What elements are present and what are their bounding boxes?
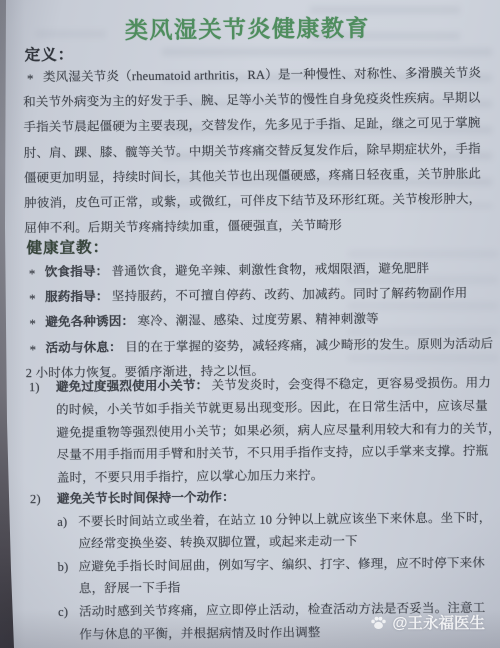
line-text: 普通饮食，避免辛辣、刺激性食物，戒烟限酒，避免肥胖 [112,261,430,278]
line-text: 肿彼消，皮色可正常，或紫，或微红，可伴皮下结节及环形红斑。关节梭形肿大， [24,192,481,210]
line-text: 应避免手指长时间屈曲，例如写字、编织、打字、修理，应不时停下来休 [79,556,486,574]
line-label: 避免关节长时间保持一个动作： [57,490,235,506]
line-marker: * [27,66,34,91]
line-text: 肘、肩、踝、膝、髋等关节。中期关节疼痛交替反复发作后，除早期症状外，手指 [24,141,481,159]
line-text: 避免提重物等强烈使用小关节；如果必须，病人应尽量利用较大和有力的关节， [56,421,500,439]
education-heading: 健康宣教： [26,235,109,258]
line-marker: 1) [29,376,40,399]
line-text: 僵硬更加明显，持续时间长，其他关节也出现僵硬感，疼痛日轻夜重，关节肿胀此 [24,167,481,185]
line-text: 应经常变换坐姿、转换双脚位置，或起来走动一下 [78,534,358,551]
line-label: 避免各种诱因： [45,315,134,330]
line-text: 坚持服药，不可擅自停药、改药、加减药。同时了解药物副作用 [112,286,468,303]
bullet-star-marker: * [29,337,36,362]
line-text: 作与休息的平衡，并根据病情及时作出调整 [79,625,320,641]
line-label: 活动与休息： [45,340,121,355]
line-marker: c) [58,601,68,624]
line-marker: b) [58,556,69,579]
paper-sheet: 类风湿关节炎健康教育 定义： * 类风湿关节炎（rheumatoid arthr… [0,0,500,648]
line-marker: 2) [30,488,41,511]
paw-icon [370,614,387,631]
line-text: 关节发炎时，会变得不稳定，更容易受损伤。用力 [212,376,492,393]
definition-paragraph: * 类风湿关节炎（rheumatoid arthritis，RA）是一种慢性、对… [23,61,486,242]
line-label: 服药指导： [45,290,109,305]
bullet-star-marker: * [29,311,36,336]
line-text: 盖时，不要只用手指拧，应以掌心加压力来拧。 [57,468,324,485]
line-text: 屈伸不利。后期关节疼痛持续加重，僵硬强直，关节畸形 [24,218,342,235]
definition-heading: 定义： [25,43,75,65]
line-text: 寒冷、潮湿、感染、过度劳累、精神刺激等 [137,312,378,328]
document-title: 类风湿关节炎健康教育 [0,9,498,47]
line-text: 目的在于掌握的姿势，减轻疼痛，减少畸形的发生。原则为活动后 [125,336,493,354]
line-marker: a) [57,510,67,533]
watermark: @王永福医生 [370,611,485,633]
line-label: 避免过度强烈使用小关节： [56,378,209,393]
line-text: 息，舒展一下手指 [79,581,181,596]
line-text: 的时候，小关节如手指关节就更易出现变形。因此，在日常生活中，应该尽量 [56,399,488,417]
line-text: 手指关节晨起僵硬为主要表现，交替发作，先多见于手指、足趾，继之可见于掌腕 [23,116,480,134]
numbered-item-1: 1) 避免过度强烈使用小关节： 关节发炎时，会变得不稳定，更容易受损伤。用力 的… [26,372,488,490]
line-text: 类风湿关节炎（rheumatoid arthritis，RA）是一种慢性、对称性… [43,66,481,84]
line-text: 尽量不用手指而用手臂和肘关节，不只用手指作支持，应以手掌来支撑。拧瓶 [56,444,488,462]
education-bullet-list: * 饮食指导： 普通饮食，避免辛辣、刺激性食物，戒烟限酒，避免肥胖 * 服药指导… [25,256,487,386]
line-label: 饮食指导： [45,264,109,279]
line-text: 不要长时间站立或坐着，在站立 10 分钟以上就应该坐下来休息。坐下时， [78,510,491,528]
line-text: 和关节外病变为主的好发于手、腕、足等小关节的慢性自身免疫炎性疾病。早期以 [23,91,480,109]
bullet-star-marker: * [29,286,36,311]
watermark-text: @王永福医生 [392,611,485,633]
bullet-star-marker: * [29,261,36,286]
